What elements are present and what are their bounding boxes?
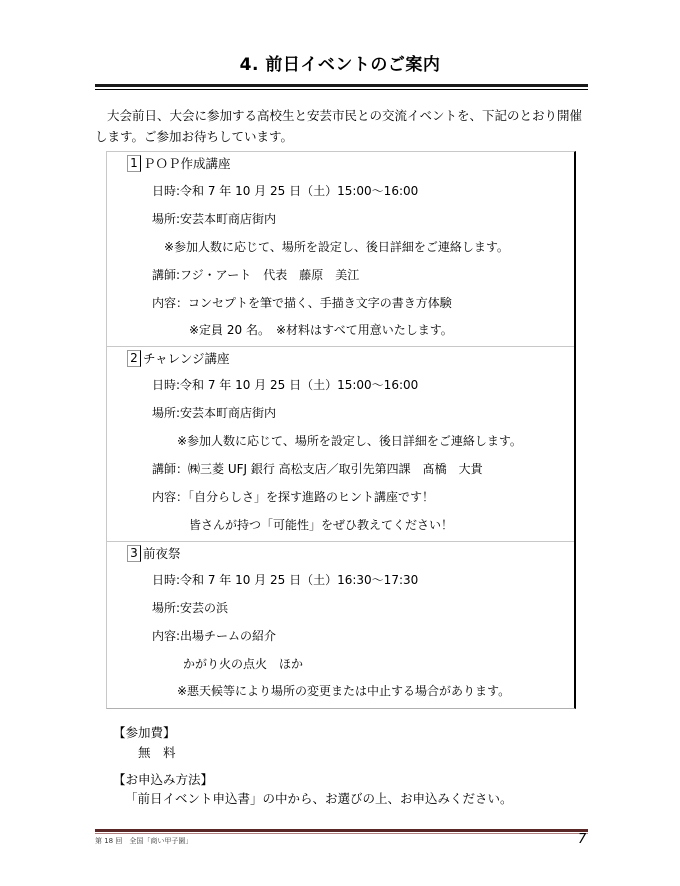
event-list-box: 1 ＰＯＰ作成講座 日時:令和 7 年 10 月 25 日（土）15:00～16… <box>106 151 576 709</box>
event-place: 場所:安芸本町商店街内 <box>152 211 276 227</box>
footer-event-name: 第 18 回 全国「商い甲子園」 <box>95 836 192 846</box>
event-number: 3 <box>127 545 141 562</box>
intro-line-2: します。ご参加お待ちしています。 <box>95 126 595 147</box>
event-place: 場所:安芸本町商店街内 <box>152 405 276 421</box>
event-content-cont: かがり火の点火 ほか <box>183 656 303 672</box>
intro-line-1: 大会前日、大会に参加する高校生と安芸市民との交流イベントを、下記のとおり開催 <box>95 105 595 126</box>
event-instructor: 講師：㈱三菱 UFJ 銀行 高松支店／取引先第四課 髙橋 大貴 <box>152 461 483 477</box>
event-datetime: 日時:令和 7 年 10 月 25 日（土）15:00～16:00 <box>152 183 418 199</box>
intro-paragraph: 大会前日、大会に参加する高校生と安芸市民との交流イベントを、下記のとおり開催 し… <box>95 105 595 147</box>
event-number: 1 <box>127 155 141 172</box>
page-title: 4. 前日イベントのご案内 <box>0 50 680 75</box>
event-content-cont: 皆さんが持つ「可能性」をぜひ教えてください！ <box>189 517 453 533</box>
event-title: チャレンジ講座 <box>143 350 230 367</box>
fee-value: 無 料 <box>138 745 176 761</box>
footer-divider <box>95 829 588 832</box>
event-heading: 1 ＰＯＰ作成講座 <box>127 155 231 172</box>
event-instructor: 講師:フジ・アート 代表 藤原 美江 <box>152 267 359 283</box>
event-heading: 3 前夜祭 <box>127 545 181 562</box>
fee-label: 【参加費】 <box>113 725 176 741</box>
event-section-pop: 1 ＰＯＰ作成講座 日時:令和 7 年 10 月 25 日（土）15:00～16… <box>107 152 574 346</box>
footer-divider-thin <box>95 833 588 834</box>
event-datetime: 日時:令和 7 年 10 月 25 日（土）15:00～16:00 <box>152 377 418 393</box>
event-content: 内容:出場チームの紹介 <box>152 628 276 644</box>
apply-value: 「前日イベント申込書」の中から、お選びの上、お申込みください。 <box>125 791 513 807</box>
event-content: 内容：「自分らしさ」を探す進路のヒント講座です！ <box>152 489 434 505</box>
event-note: ※参加人数に応じて、場所を設定し、後日詳細をご連絡します。 <box>177 433 522 449</box>
event-section-challenge: 2 チャレンジ講座 日時:令和 7 年 10 月 25 日（土）15:00～16… <box>107 346 574 542</box>
event-place: 場所:安芸の浜 <box>152 600 228 616</box>
event-note-capacity: ※定員 20 名。 ※材料はすべて用意いたします。 <box>189 322 453 338</box>
event-number: 2 <box>127 350 141 367</box>
event-note: ※悪天候等により場所の変更または中止する場合があります。 <box>177 683 510 699</box>
event-title: 前夜祭 <box>143 545 181 562</box>
event-content: 内容：コンセプトを筆で描く、手描き文字の書き方体験 <box>152 295 452 311</box>
event-datetime: 日時:令和 7 年 10 月 25 日（土）16:30～17:30 <box>152 572 418 588</box>
event-section-eve-festival: 3 前夜祭 日時:令和 7 年 10 月 25 日（土）16:30～17:30 … <box>107 541 574 709</box>
apply-label: 【お申込み方法】 <box>113 772 213 788</box>
event-title: ＰＯＰ作成講座 <box>143 155 231 172</box>
event-note: ※参加人数に応じて、場所を設定し、後日詳細をご連絡します。 <box>164 239 509 255</box>
event-heading: 2 チャレンジ講座 <box>127 350 230 367</box>
title-divider <box>95 84 588 90</box>
page-number: 7 <box>578 832 586 847</box>
